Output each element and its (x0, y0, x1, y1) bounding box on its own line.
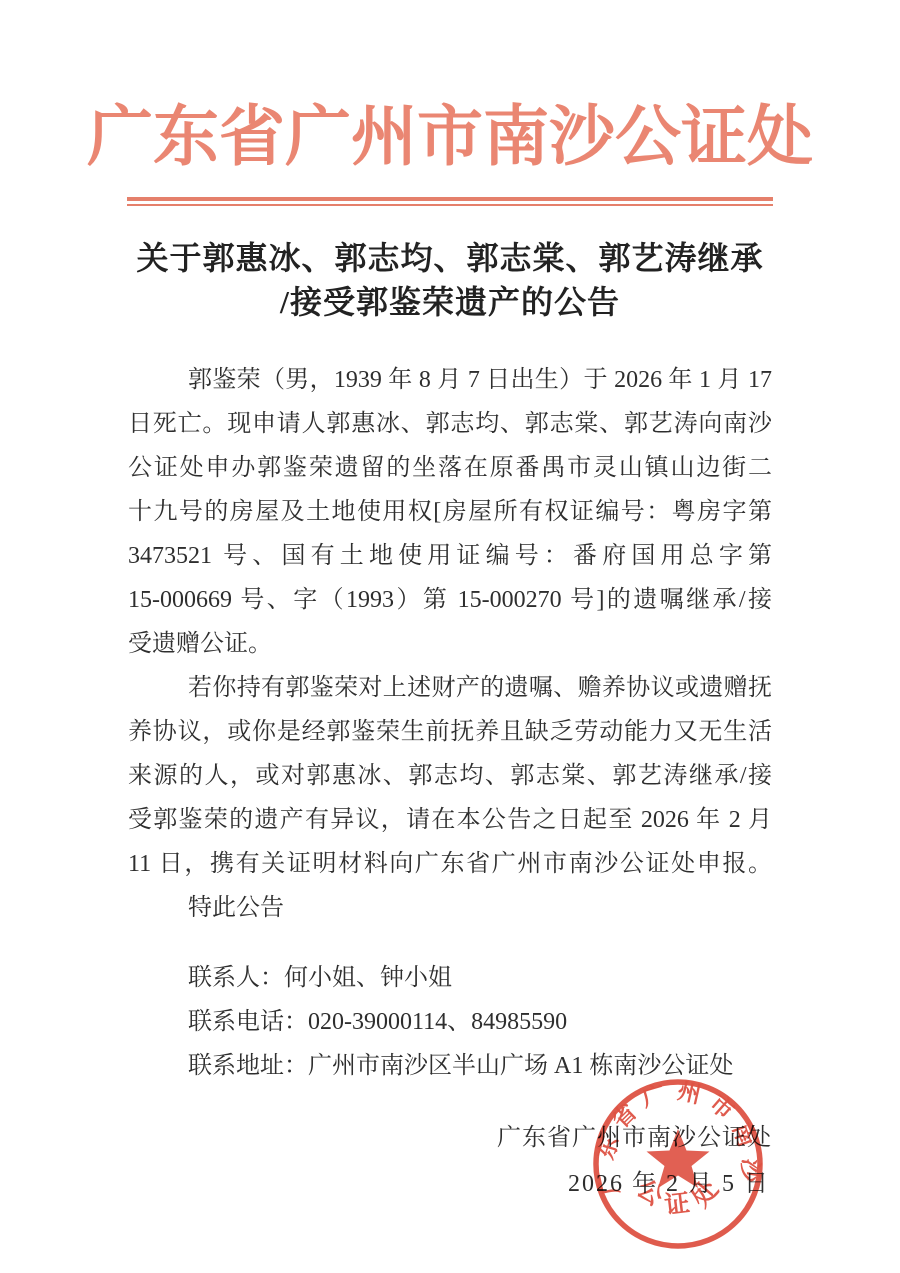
paragraph2-line: 来源的人，或对郭惠冰、郭志均、郭志棠、郭艺涛继承/接 (128, 754, 772, 798)
paragraph1-line: 受遗赠公证。 (128, 622, 772, 666)
contact-phone: 联系电话：020-39000114、84985590 (128, 1000, 772, 1044)
seal-star-icon (647, 1129, 710, 1188)
document-title-line1: 关于郭惠冰、郭志均、郭志棠、郭艺涛继承 (0, 236, 900, 280)
paragraph1-line: 公证处申办郭鉴荣遗留的坐落在原番禺市灵山镇山边街二 (128, 446, 772, 490)
paragraph2-line: 若你持有郭鉴荣对上述财产的遗嘱、赡养协议或遗赠抚 (128, 666, 772, 710)
document-title: 关于郭惠冰、郭志均、郭志棠、郭艺涛继承 /接受郭鉴荣遗产的公告 (0, 236, 900, 324)
paragraph1-line: 郭鉴荣（男，1939 年 8 月 7 日出生）于 2026 年 1 月 17 (128, 358, 772, 402)
body-text: 郭鉴荣（男，1939 年 8 月 7 日出生）于 2026 年 1 月 17 日… (128, 358, 772, 930)
paragraph1-line: 十九号的房屋及土地使用权[房屋所有权证编号：粤房字第 (128, 490, 772, 534)
paragraph1-line: 15-000669 号、字（1993）第 15-000270 号]的遗嘱继承/接 (128, 578, 772, 622)
paragraph2-line: 11 日，携有关证明材料向广东省广州市南沙公证处申报。 (128, 842, 772, 886)
notarization-notice-document: 广东省广州市南沙公证处 关于郭惠冰、郭志均、郭志棠、郭艺涛继承 /接受郭鉴荣遗产… (0, 0, 900, 1273)
letterhead-office-name: 广东省广州市南沙公证处 (0, 88, 900, 188)
paragraph2-line: 受郭鉴荣的遗产有异议，请在本公告之日起至 2026 年 2 月 (128, 798, 772, 842)
closing-statement: 特此公告 (128, 886, 772, 930)
letterhead-divider (127, 197, 773, 206)
contact-person: 联系人：何小姐、钟小姐 (128, 956, 772, 1000)
contact-info: 联系人：何小姐、钟小姐 联系电话：020-39000114、84985590 联… (128, 956, 772, 1088)
paragraph1-line: 日死亡。现申请人郭惠冰、郭志均、郭志棠、郭艺涛向南沙 (128, 402, 772, 446)
document-title-line2: /接受郭鉴荣遗产的公告 (0, 280, 900, 324)
divider-thin-line (127, 204, 773, 206)
official-seal-stamp: 广东省广州市南沙 公证处 (590, 1076, 766, 1252)
paragraph2-line: 养协议，或你是经郭鉴荣生前抚养且缺乏劳动能力又无生活 (128, 710, 772, 754)
paragraph1-line: 3473521 号、国有土地使用证编号：番府国用总字第 (128, 534, 772, 578)
